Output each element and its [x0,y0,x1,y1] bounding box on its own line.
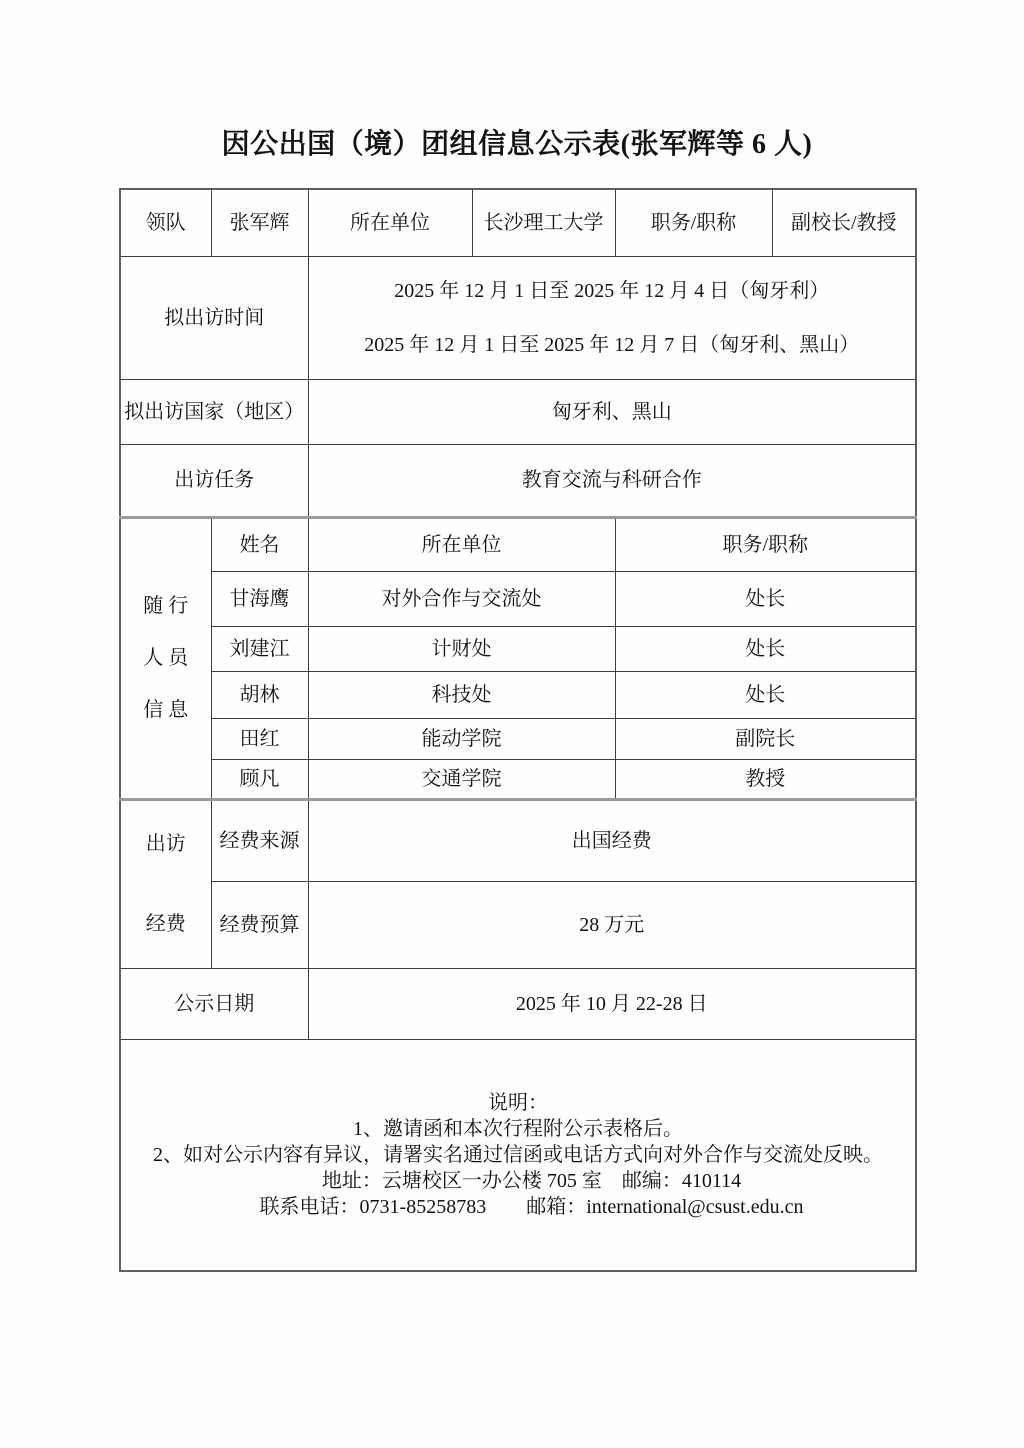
companion-unit: 科技处 [308,671,615,718]
companions-header-name: 姓名 [211,517,308,571]
notes-address-line: 地址：云塘校区一办公楼 705 室 邮编：410114 [121,1168,915,1194]
companions-header-row: 随 行 人 员 信 息 姓名 所在单位 职务/职称 [120,517,916,571]
visit-time-line-1: 2025 年 12 月 1 日至 2025 年 12 月 4 日（匈牙利） [309,278,916,304]
companion-title: 处长 [615,626,916,671]
countries-row: 拟出访国家（地区） 匈牙利、黑山 [120,379,916,444]
countries-value: 匈牙利、黑山 [308,379,916,444]
companion-name: 胡林 [211,671,308,718]
companion-unit: 能动学院 [308,718,615,759]
publicity-date-value: 2025 年 10 月 22-28 日 [308,968,916,1039]
leader-name: 张军辉 [211,189,308,256]
companion-row: 顾凡 交通学院 教授 [120,759,916,799]
notes-contact-line: 联系电话：0731-85258783 邮箱：international@csus… [121,1194,915,1220]
visit-time-line-2: 2025 年 12 月 1 日至 2025 年 12 月 7 日（匈牙利、黑山） [309,332,916,358]
companions-label-line: 信 息 [121,684,211,736]
companion-row: 甘海鹰 对外合作与交流处 处长 [120,571,916,626]
funding-source-label: 经费来源 [211,799,308,881]
companions-header-title: 职务/职称 [615,517,916,571]
publicity-date-row: 公示日期 2025 年 10 月 22-28 日 [120,968,916,1039]
visit-time-value: 2025 年 12 月 1 日至 2025 年 12 月 4 日（匈牙利） 20… [308,256,916,379]
mission-row: 出访任务 教育交流与科研合作 [120,444,916,517]
companion-row: 胡林 科技处 处长 [120,671,916,718]
leader-unit-value: 长沙理工大学 [472,189,615,256]
companion-title: 处长 [615,671,916,718]
companions-header-unit: 所在单位 [308,517,615,571]
notes-item-1: 1、邀请函和本次行程附公示表格后。 [121,1116,915,1142]
funding-budget-value: 28 万元 [308,881,916,968]
leader-title-value: 副校长/教授 [772,189,916,256]
companions-section-label: 随 行 人 员 信 息 [120,517,211,799]
funding-section-label: 出访 经费 [120,799,211,968]
document-page: 因公出国（境）团组信息公示表(张军辉等 6 人) 领队 张军辉 所在单位 长沙理… [0,0,1024,1448]
companion-unit: 计财处 [308,626,615,671]
companion-title: 处长 [615,571,916,626]
funding-label-line: 经费 [121,884,211,964]
companions-label-line: 人 员 [121,632,211,684]
companion-unit: 交通学院 [308,759,615,799]
funding-source-value: 出国经费 [308,799,916,881]
notes-item-2: 2、如对公示内容有异议，请署实名通过信函或电话方式向对外合作与交流处反映。 [121,1142,915,1168]
companion-name: 刘建江 [211,626,308,671]
funding-budget-label: 经费预算 [211,881,308,968]
companion-title: 教授 [615,759,916,799]
funding-source-row: 出访 经费 经费来源 出国经费 [120,799,916,881]
mission-value: 教育交流与科研合作 [308,444,916,517]
leader-unit-label: 所在单位 [308,189,472,256]
countries-label: 拟出访国家（地区） [120,379,308,444]
visit-time-label: 拟出访时间 [120,256,308,379]
companion-name: 顾凡 [211,759,308,799]
companion-name: 田红 [211,718,308,759]
notes-heading: 说明： [121,1090,915,1116]
mission-label: 出访任务 [120,444,308,517]
notes-row: 说明： 1、邀请函和本次行程附公示表格后。 2、如对公示内容有异议，请署实名通过… [120,1039,916,1271]
publicity-date-label: 公示日期 [120,968,308,1039]
funding-label-line: 出访 [121,804,211,884]
companion-title: 副院长 [615,718,916,759]
leader-label: 领队 [120,189,211,256]
publicity-table: 领队 张军辉 所在单位 长沙理工大学 职务/职称 副校长/教授 拟出访时间 20… [119,188,917,1272]
visit-time-row: 拟出访时间 2025 年 12 月 1 日至 2025 年 12 月 4 日（匈… [120,256,916,379]
companion-row: 刘建江 计财处 处长 [120,626,916,671]
companions-label-line: 随 行 [121,580,211,632]
page-title: 因公出国（境）团组信息公示表(张军辉等 6 人) [114,122,920,162]
notes-cell: 说明： 1、邀请函和本次行程附公示表格后。 2、如对公示内容有异议，请署实名通过… [120,1039,916,1271]
funding-budget-row: 经费预算 28 万元 [120,881,916,968]
companion-unit: 对外合作与交流处 [308,571,615,626]
leader-row: 领队 张军辉 所在单位 长沙理工大学 职务/职称 副校长/教授 [120,189,916,256]
companion-row: 田红 能动学院 副院长 [120,718,916,759]
companion-name: 甘海鹰 [211,571,308,626]
leader-title-label: 职务/职称 [615,189,772,256]
